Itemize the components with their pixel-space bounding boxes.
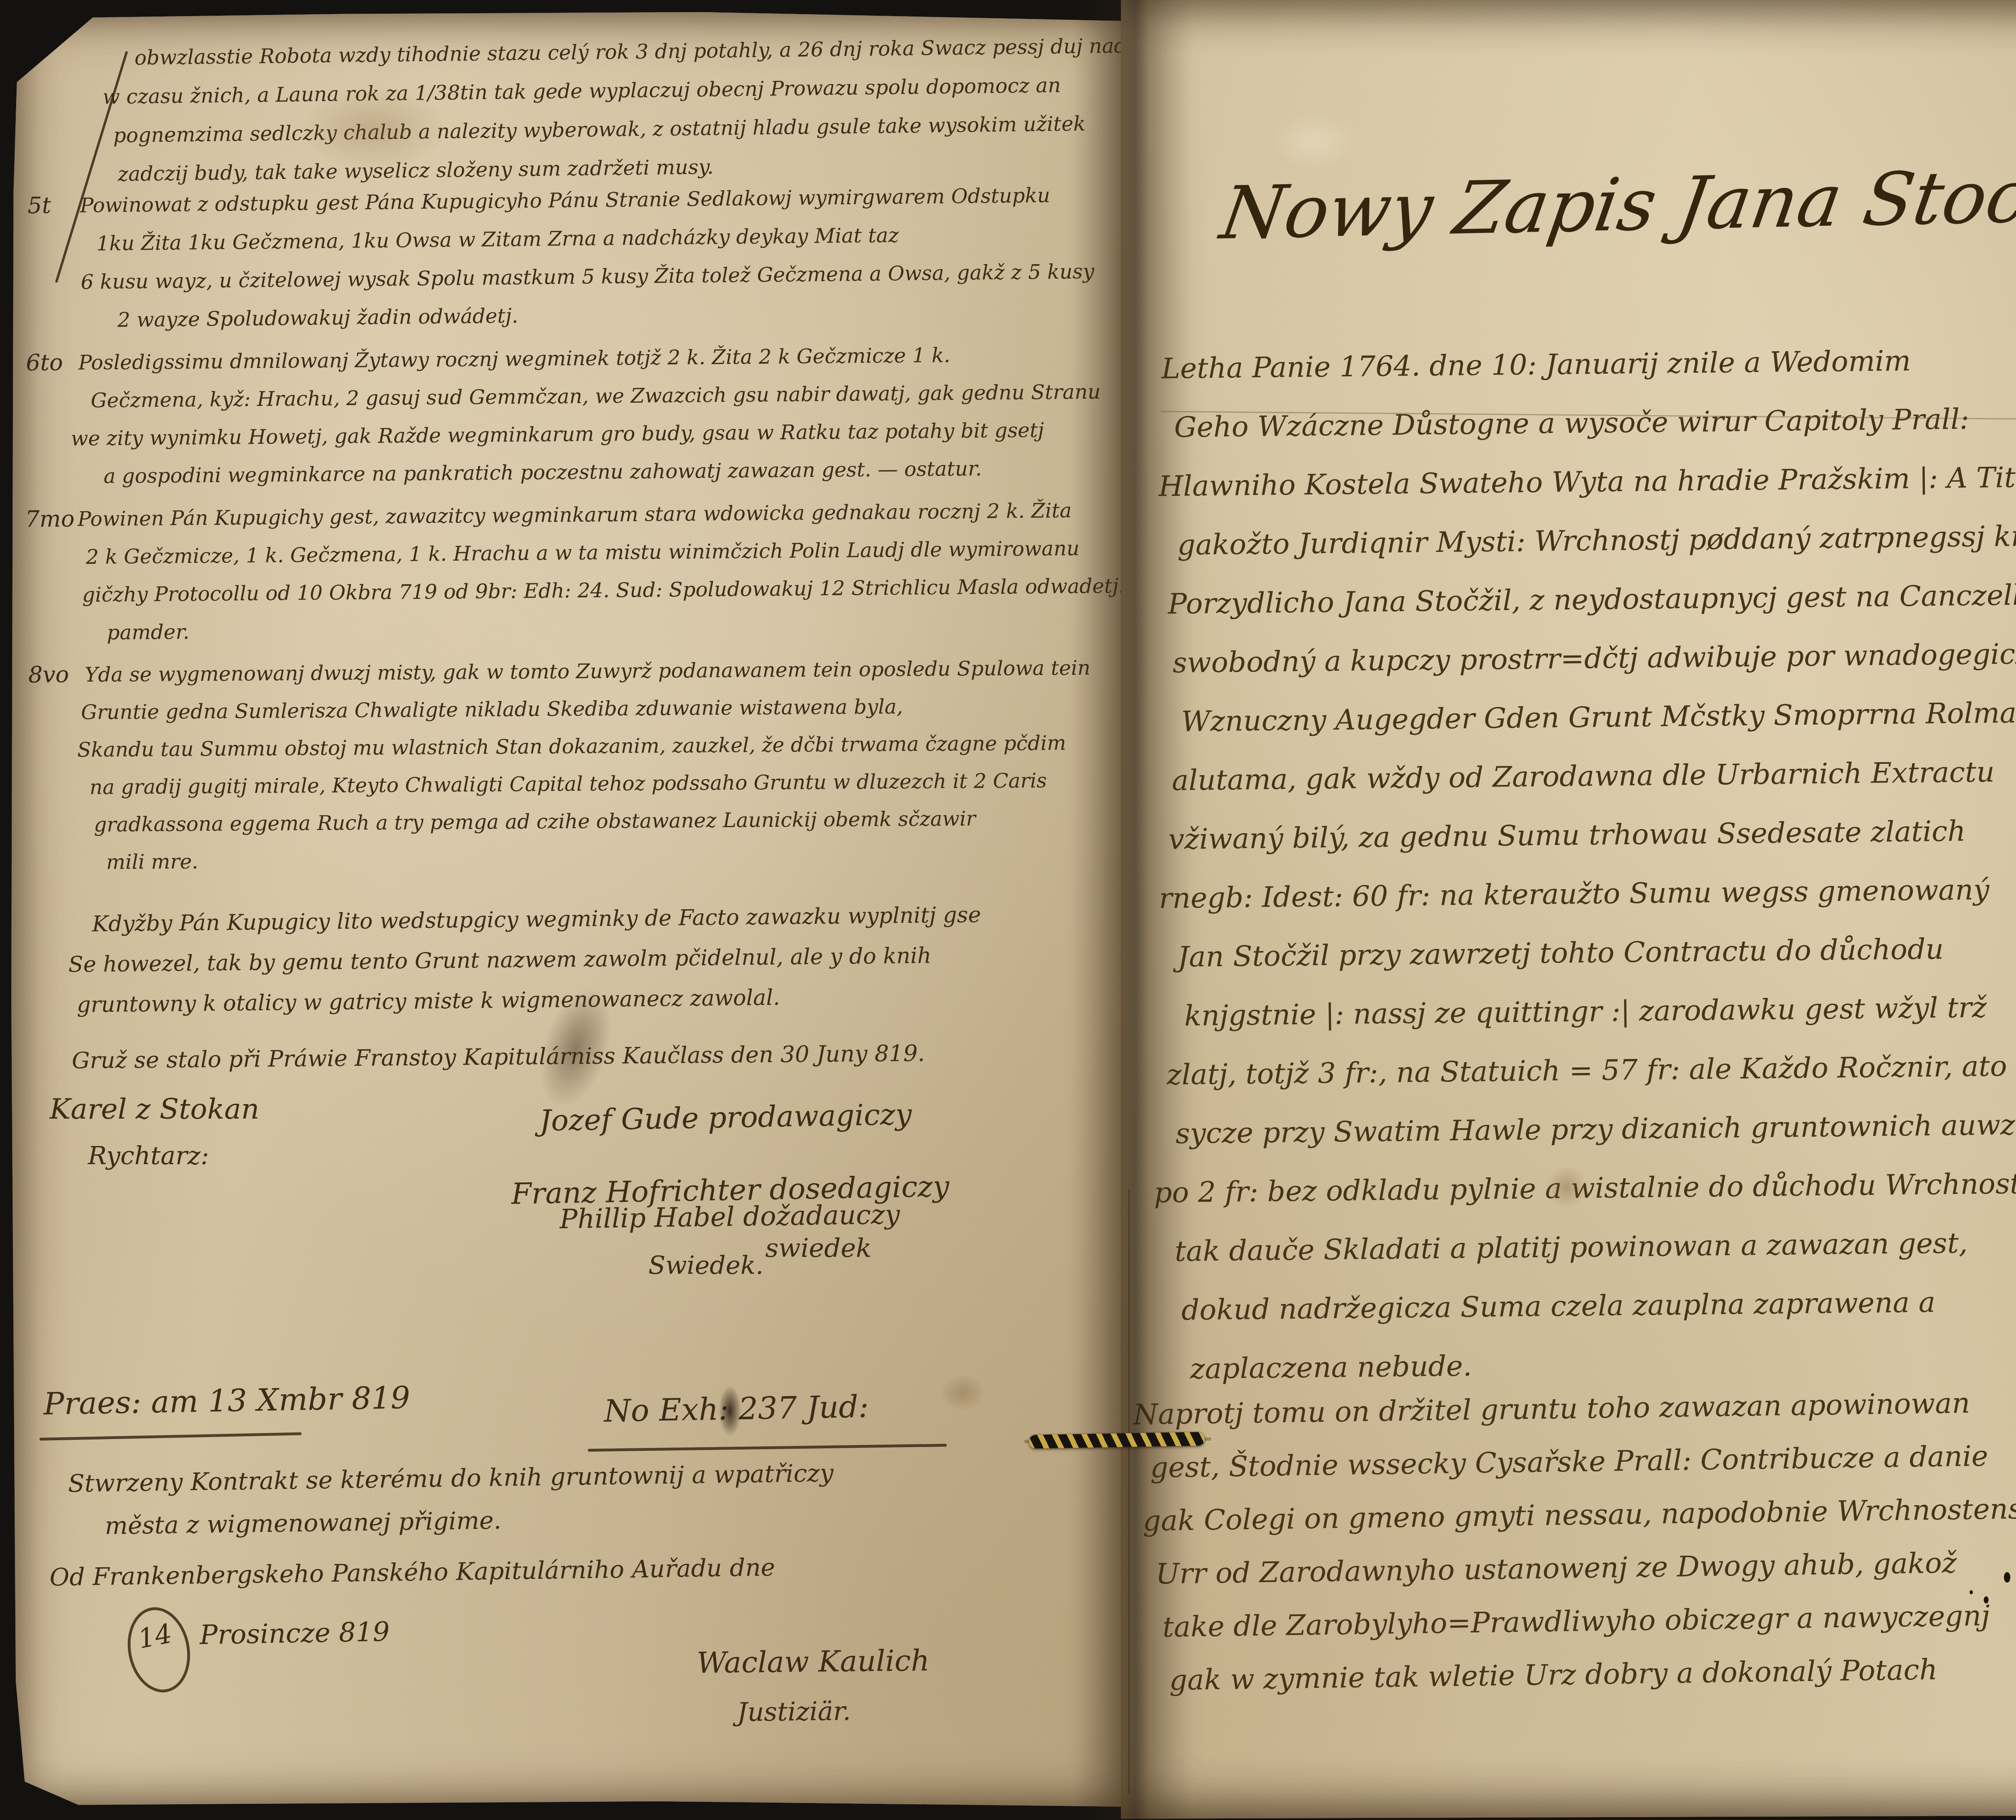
item-5-lines-line-2: 1ku Žita 1ku Gečzmena, 1ku Owsa w Zitam … [96,223,899,255]
item-6-lines-line-3: we zity wynimku Howetj, gak Ražde wegmin… [71,418,1044,450]
body-paragraph-2-line-4: Urr od Zarodawnyho ustanowenj ze Dwogy a… [1156,1546,1957,1591]
item-8-marker: 8vo [28,661,69,688]
item-7-lines-line-2: 2 k Gečzmicze, 1 k. Gečzmena, 1 k. Hrach… [86,537,1080,569]
entry-title: Nowy Zapis Jana Stoczyla. [1215,151,2016,256]
justice-signature-name: Waclaw Kaulich [697,1643,930,1680]
rychtar-signature-name: Karel z Stokan [50,1092,259,1125]
ink-speck [1970,1590,1973,1594]
item-6-marker: 6to [26,349,63,376]
rychtar-signature-title: Rychtarz: [88,1141,209,1170]
item-5-marker: 5t [27,192,51,219]
body-paragraph-1-line-10: rnegb: Idest: 60 fr: na kteraužto Sumu w… [1159,873,1989,915]
item-7-lines-line-3: gičzhy Protocollu od 10 Okbra 719 od 9br… [82,574,1126,607]
item-8-lines-line-2: Gruntie gedna Sumlerisza Chwaligte nikla… [81,695,903,724]
manuscript-scan: obwzlasstie Robota wzdy tihodnie stazu c… [0,0,2016,1820]
left-page: obwzlasstie Robota wzdy tihodnie stazu c… [11,12,1128,1807]
seller-signature: Jozef Gude prodawagiczy [539,1097,912,1138]
left-intro-paragraph: obwzlasstie Robota wzdy tihodnie stazu c… [102,34,1118,47]
body-paragraph-1-line-5: Porzydlicho Jana Stočžil, z neydostaupny… [1168,578,2016,621]
paper-stain-small [931,1367,995,1419]
left-intro-paragraph-line-2: w czasu žnich, a Launa rok za 1/38tin ta… [102,73,1061,108]
exhibit-number-line: No Exh: 237 Jud: [604,1388,869,1429]
item-6-lines-line-4: a gospodini wegminkarce na pankratich po… [103,457,982,488]
witness2-signature: Phillip Habel dožadauczy [560,1199,900,1235]
praes-line: Praes: am 13 Xmbr 819 [43,1379,410,1422]
closing-paragraph-line-3: gruntowny k otalicy w gatricy miste k wi… [77,985,780,1017]
item-6-lines-line-2: Gečzmena, kyž: Hrachu, 2 gasuj sud Gemmč… [91,380,1101,412]
item-5-lines-line-3: 6 kusu wayz, u čzitelowej wysak Spolu ma… [81,260,1094,293]
item-7-lines: Powinen Pán Kupugichy gest, zawazitcy we… [77,499,1069,507]
body-paragraph-1-line-13: zlatj, totjž 3 fr:, na Statuich = 57 fr:… [1166,1050,2007,1092]
body-paragraph-2-line-6: gak w zymnie tak wletie Urz dobry a doko… [1169,1653,1937,1697]
item-5-lines-line-1: Powinowat z odstupku gest Pána Kupugicyh… [80,183,1050,217]
body-paragraph-1-line-3: Hlawniho Kostela Swateho Wyta na hradie … [1158,461,2016,503]
item-7-lines-line-1: Powinen Pán Kupugichy gest, zawazitcy we… [77,499,1072,531]
item-8-lines-line-6: mili mre. [106,850,198,874]
item-6-lines-line-1: Posledigssimu dmnilowanj Žytawy rocznj w… [78,343,950,374]
ink-speck [2004,1572,2010,1583]
closing-paragraph-line-2: Se howezel, tak by gemu tento Grunt nazw… [68,943,931,977]
body-paragraph-1-line-9: vžiwaný bilý, za gednu Sumu trhowau Ssed… [1168,815,1966,856]
item-7-marker: 7mo [25,506,75,532]
registry-note: Stwrzeny Kontrakt se kterému do knih gru… [68,1457,995,1470]
body-paragraph-1-line-18: zaplaczena nebude. [1190,1349,1472,1385]
item-8-lines-line-4: na gradij gugitj mirale, Kteyto Chwaligt… [90,769,1047,799]
item-6-lines: Posledigssimu dmnilowanj Žytawy rocznj w… [78,342,1070,351]
exhibit-underline [588,1444,947,1452]
left-intro-paragraph-line-3: pognemzima sedlczky chalub a nalezity wy… [113,112,1085,147]
body-paragraph-2-line-1: Naprotj tomu on držitel gruntu toho zawa… [1133,1386,1970,1431]
witness-word: swiedek [765,1233,872,1263]
body-paragraph-2-line-5: take dle Zarobylyho=Prawdliwyho obiczegr… [1162,1599,1990,1644]
body-paragraph-1-line-15: po 2 fr: bez odkladu pylnie a wistalnie … [1154,1166,2016,1209]
ink-speck [1984,1596,1989,1604]
body-paragraph-1-line-6: swobodný a kupczy prostrr=dčtj adwibuje … [1173,637,2016,679]
body-paragraph-1-line-12: knjgstnie |: nassj ze quittingr :| zarod… [1184,991,1987,1032]
body-paragraph-1-line-17: dokud nadržegicza Suma czela zauplna zap… [1181,1285,1936,1327]
body-paragraph-2-line-3: gak Colegi on gmeno gmyti nessau, napodo… [1143,1491,2016,1537]
right-page: fol: 23. Nowy Zapis Jana Stoczyla. Letha… [1121,0,2016,1819]
registry-note-line-1: Stwrzeny Kontrakt se kterému do knih gru… [68,1459,833,1498]
body-paragraph-1-line-7: Wznuczny Augegder Gden Grunt Mčstky Smop… [1181,696,2016,738]
body-paragraph-1: Letha Panie 1764. dne 10: Januarij znile… [1161,341,2016,352]
body-paragraph-1-line-1: Letha Panie 1764. dne 10: Januarij znile… [1161,344,1911,385]
praes-underline [40,1432,302,1441]
left-intro-paragraph-line-4: zadczij budy, tak take wyselicz složeny … [118,155,714,186]
item-8-lines: Yda se wygmenowanj dwuzj misty, gak w to… [81,656,1073,663]
witness2-role: Swiedek. [648,1250,764,1280]
body-paragraph-1-line-8: alutama, gak wždy od Zarodawna dle Urbar… [1172,755,1995,797]
item-7-lines-line-4: pamder. [106,620,190,644]
body-paragraph-1-line-2: Geho Wzáczne Důstogne a wysoče wirur Cap… [1174,402,1970,444]
item-5-lines: Powinowat z odstupku gest Pána Kupugicyh… [80,183,1072,194]
place-date-line: Gruž se stalo při Práwie Franstoy Kapitu… [72,1040,925,1074]
body-paragraph-2-line-2: gest, Štodnie wssecky Cysařske Prall: Co… [1150,1439,1989,1484]
item-8-lines-line-5: gradkassona eggema Ruch a try pemga ad c… [94,807,976,836]
item-8-lines-line-1: Yda se wygmenowanj dwuzj misty, gak w to… [85,656,1090,686]
body-paragraph-1-line-11: Jan Stočžil przy zawrzetj tohto Contract… [1177,932,1944,973]
item-8-lines-line-3: Skandu tau Summu obstoj mu wlastnich Sta… [77,731,1066,761]
body-paragraph-1-line-4: gakožto Jurdiqnir Mysti: Wrchnostj pødda… [1177,519,2016,562]
month-year: Prosincze 819 [200,1616,390,1650]
closing-paragraph: Kdyžby Pán Kupugicy lito wedstupgicy weg… [68,901,1076,911]
item-5-lines-line-4: 2 wayze Spoludowakuj žadin odwádetj. [117,304,518,331]
closing-paragraph-line-1: Kdyžby Pán Kupugicy lito wedstupgicy weg… [92,902,981,936]
body-paragraph-1-line-14: sycze przy Swatim Hawle przy dizanich gr… [1175,1108,2016,1150]
registry-note-line-2: města z wigmenowanej přigime. [105,1506,502,1540]
body-paragraph-2: Naprotj tomu on držitel gruntu toho zawa… [1137,1383,2016,1398]
office-line: Od Frankenbergskeho Panského Kapitulárni… [50,1553,775,1591]
office-date-line: 14Prosincze 819 [127,1603,391,1693]
left-intro-paragraph-line-1: obwzlasstie Robota wzdy tihodnie stazu c… [134,33,1128,69]
justice-signature-title: Justiziär. [737,1697,851,1728]
body-paragraph-1-line-16: tak dauče Skladati a platitj powinowan a… [1175,1227,1968,1268]
circled-day: 14 [121,1602,197,1698]
